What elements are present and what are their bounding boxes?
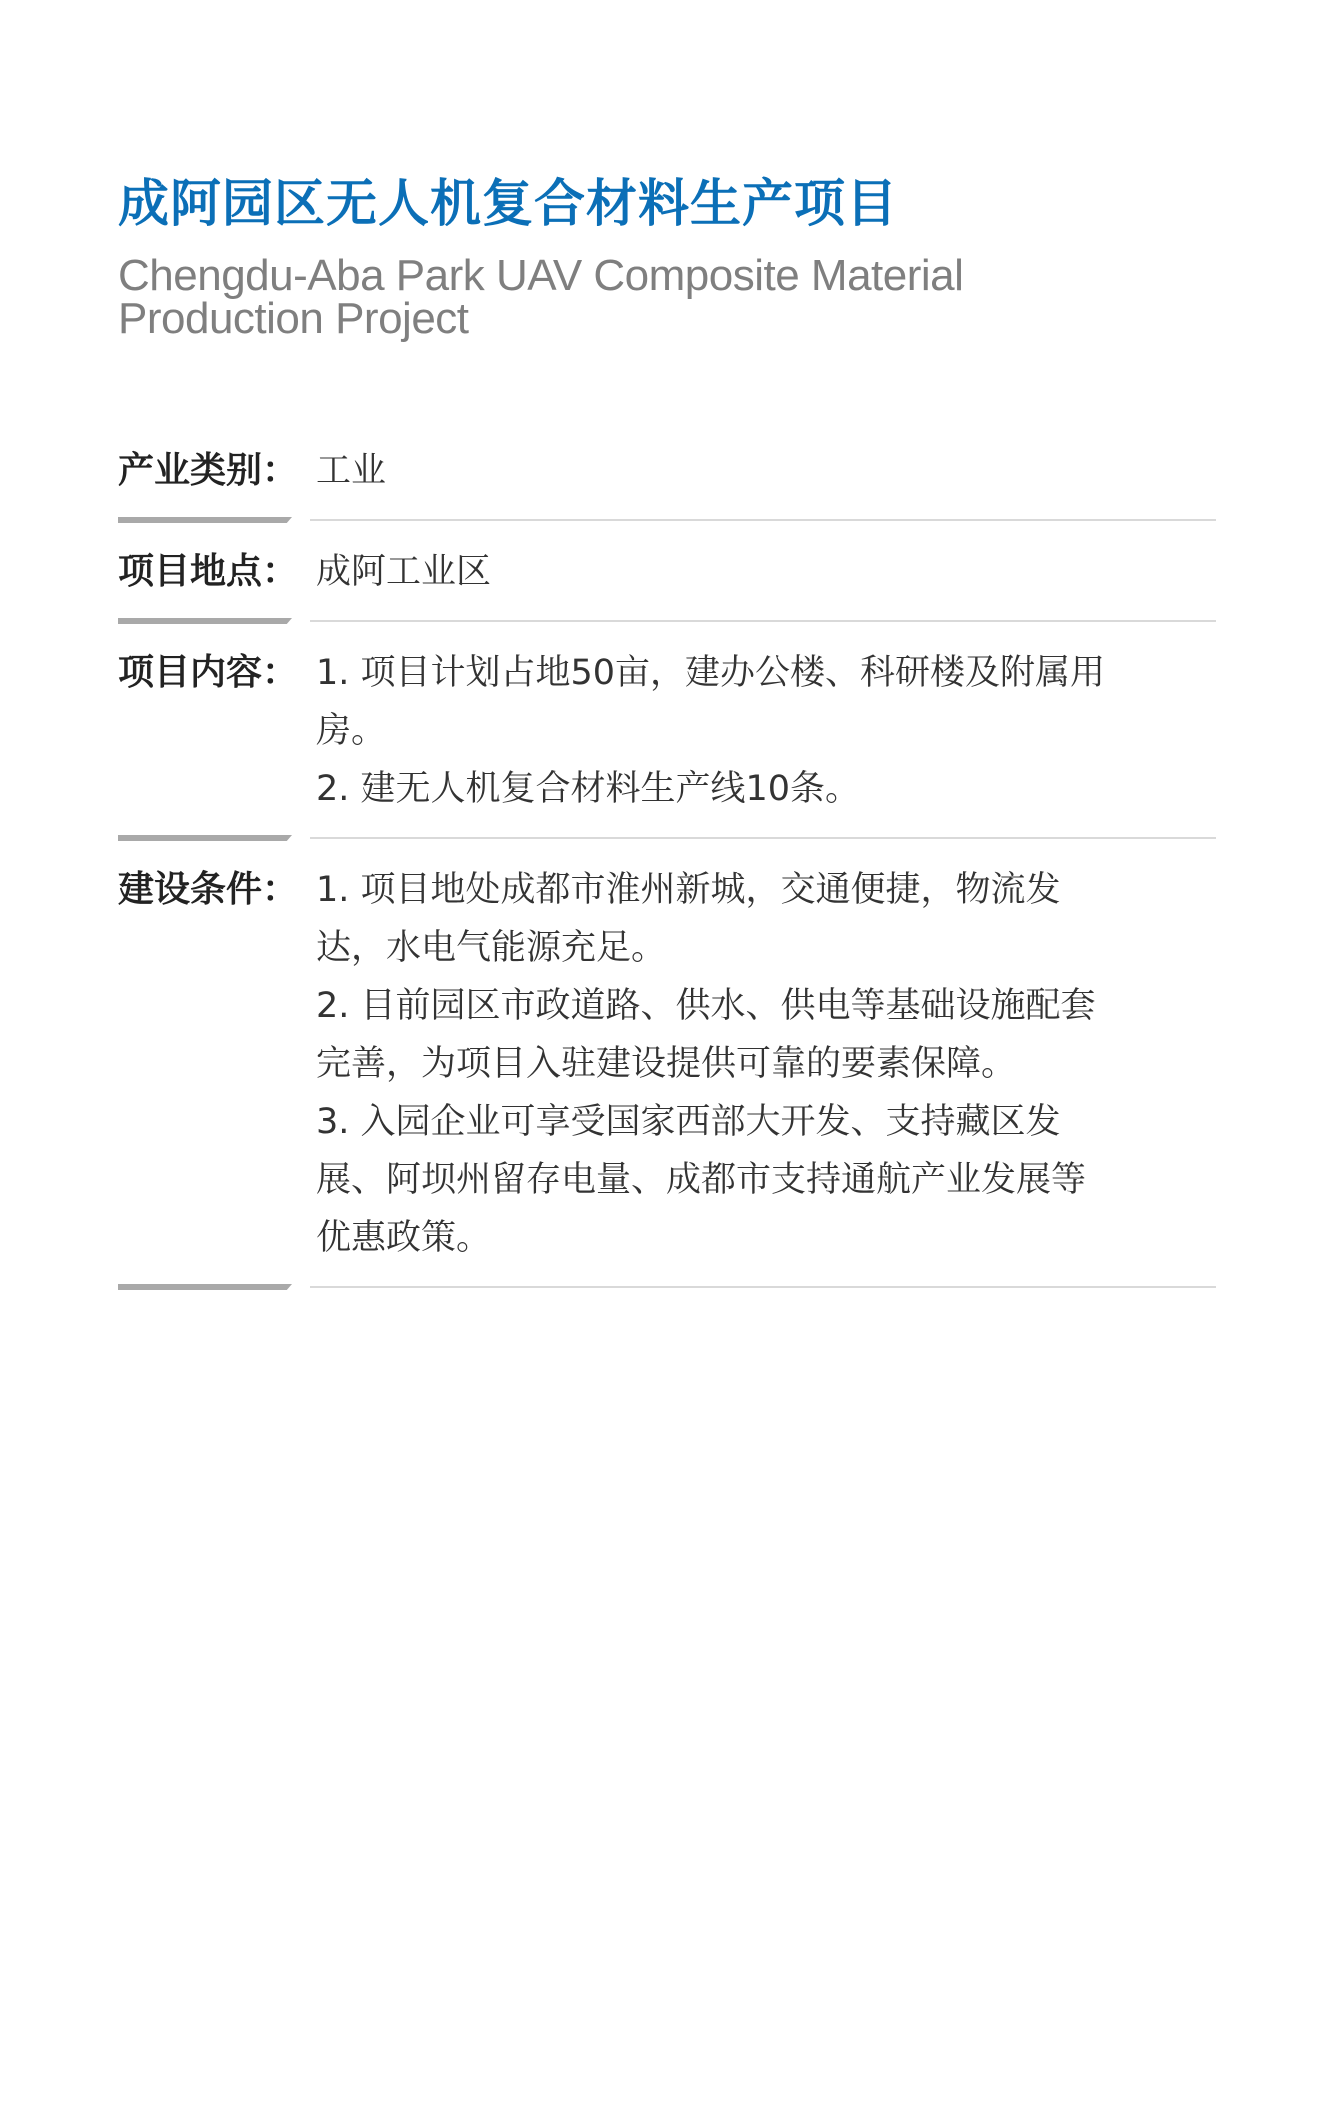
value-line: 达，水电气能源充足。: [316, 919, 1216, 977]
row-label: 项目内容：: [118, 644, 316, 818]
info-row-project-location: 项目地点： 成阿工业区: [118, 523, 1216, 618]
value-line: 3. 入园企业可享受国家西部大开发、支持藏区发: [316, 1093, 1216, 1151]
value-line: 优惠政策。: [316, 1209, 1216, 1267]
subtitle-line: Production Project: [118, 297, 1118, 340]
value-line: 完善，为项目入驻建设提供可靠的要素保障。: [316, 1035, 1216, 1093]
value-line: 2. 目前园区市政道路、供水、供电等基础设施配套: [316, 977, 1216, 1035]
divider-line: [310, 837, 1216, 839]
info-row-industry-category: 产业类别： 工业: [118, 422, 1216, 517]
value-line: 工业: [316, 442, 1216, 500]
row-value: 成阿工业区: [316, 543, 1216, 601]
value-line: 1. 项目地处成都市淮州新城，交通便捷，物流发: [316, 861, 1216, 919]
info-row-project-content: 项目内容： 1. 项目计划占地50亩，建办公楼、科研楼及附属用 房。 2. 建无…: [118, 624, 1216, 835]
info-row-construction-conditions: 建设条件： 1. 项目地处成都市淮州新城，交通便捷，物流发 达，水电气能源充足。…: [118, 841, 1216, 1284]
value-line: 2. 建无人机复合材料生产线10条。: [316, 760, 1216, 818]
divider-accent-bar: [118, 1284, 292, 1290]
value-line: 房。: [316, 702, 1216, 760]
project-info-list: 产业类别： 工业 项目地点： 成阿工业区 项目内容：: [118, 422, 1216, 1290]
subtitle-line: Chengdu-Aba Park UAV Composite Material: [118, 254, 1118, 297]
page-title: 成阿园区无人机复合材料生产项目: [118, 172, 898, 238]
row-label: 产业类别：: [118, 442, 316, 500]
value-line: 展、阿坝州留存电量、成都市支持通航产业发展等: [316, 1151, 1216, 1209]
divider-line: [310, 620, 1216, 622]
row-value: 1. 项目计划占地50亩，建办公楼、科研楼及附属用 房。 2. 建无人机复合材料…: [316, 644, 1216, 818]
value-line: 1. 项目计划占地50亩，建办公楼、科研楼及附属用: [316, 644, 1216, 702]
row-value: 工业: [316, 442, 1216, 500]
row-divider: [118, 1284, 1216, 1290]
divider-line: [310, 519, 1216, 521]
divider-line: [310, 1286, 1216, 1288]
page-subtitle-en: Chengdu-Aba Park UAV Composite Material …: [118, 254, 1118, 340]
value-line: 成阿工业区: [316, 543, 1216, 601]
row-label: 建设条件：: [118, 861, 316, 1267]
row-label: 项目地点：: [118, 543, 316, 601]
row-value: 1. 项目地处成都市淮州新城，交通便捷，物流发 达，水电气能源充足。 2. 目前…: [316, 861, 1216, 1267]
